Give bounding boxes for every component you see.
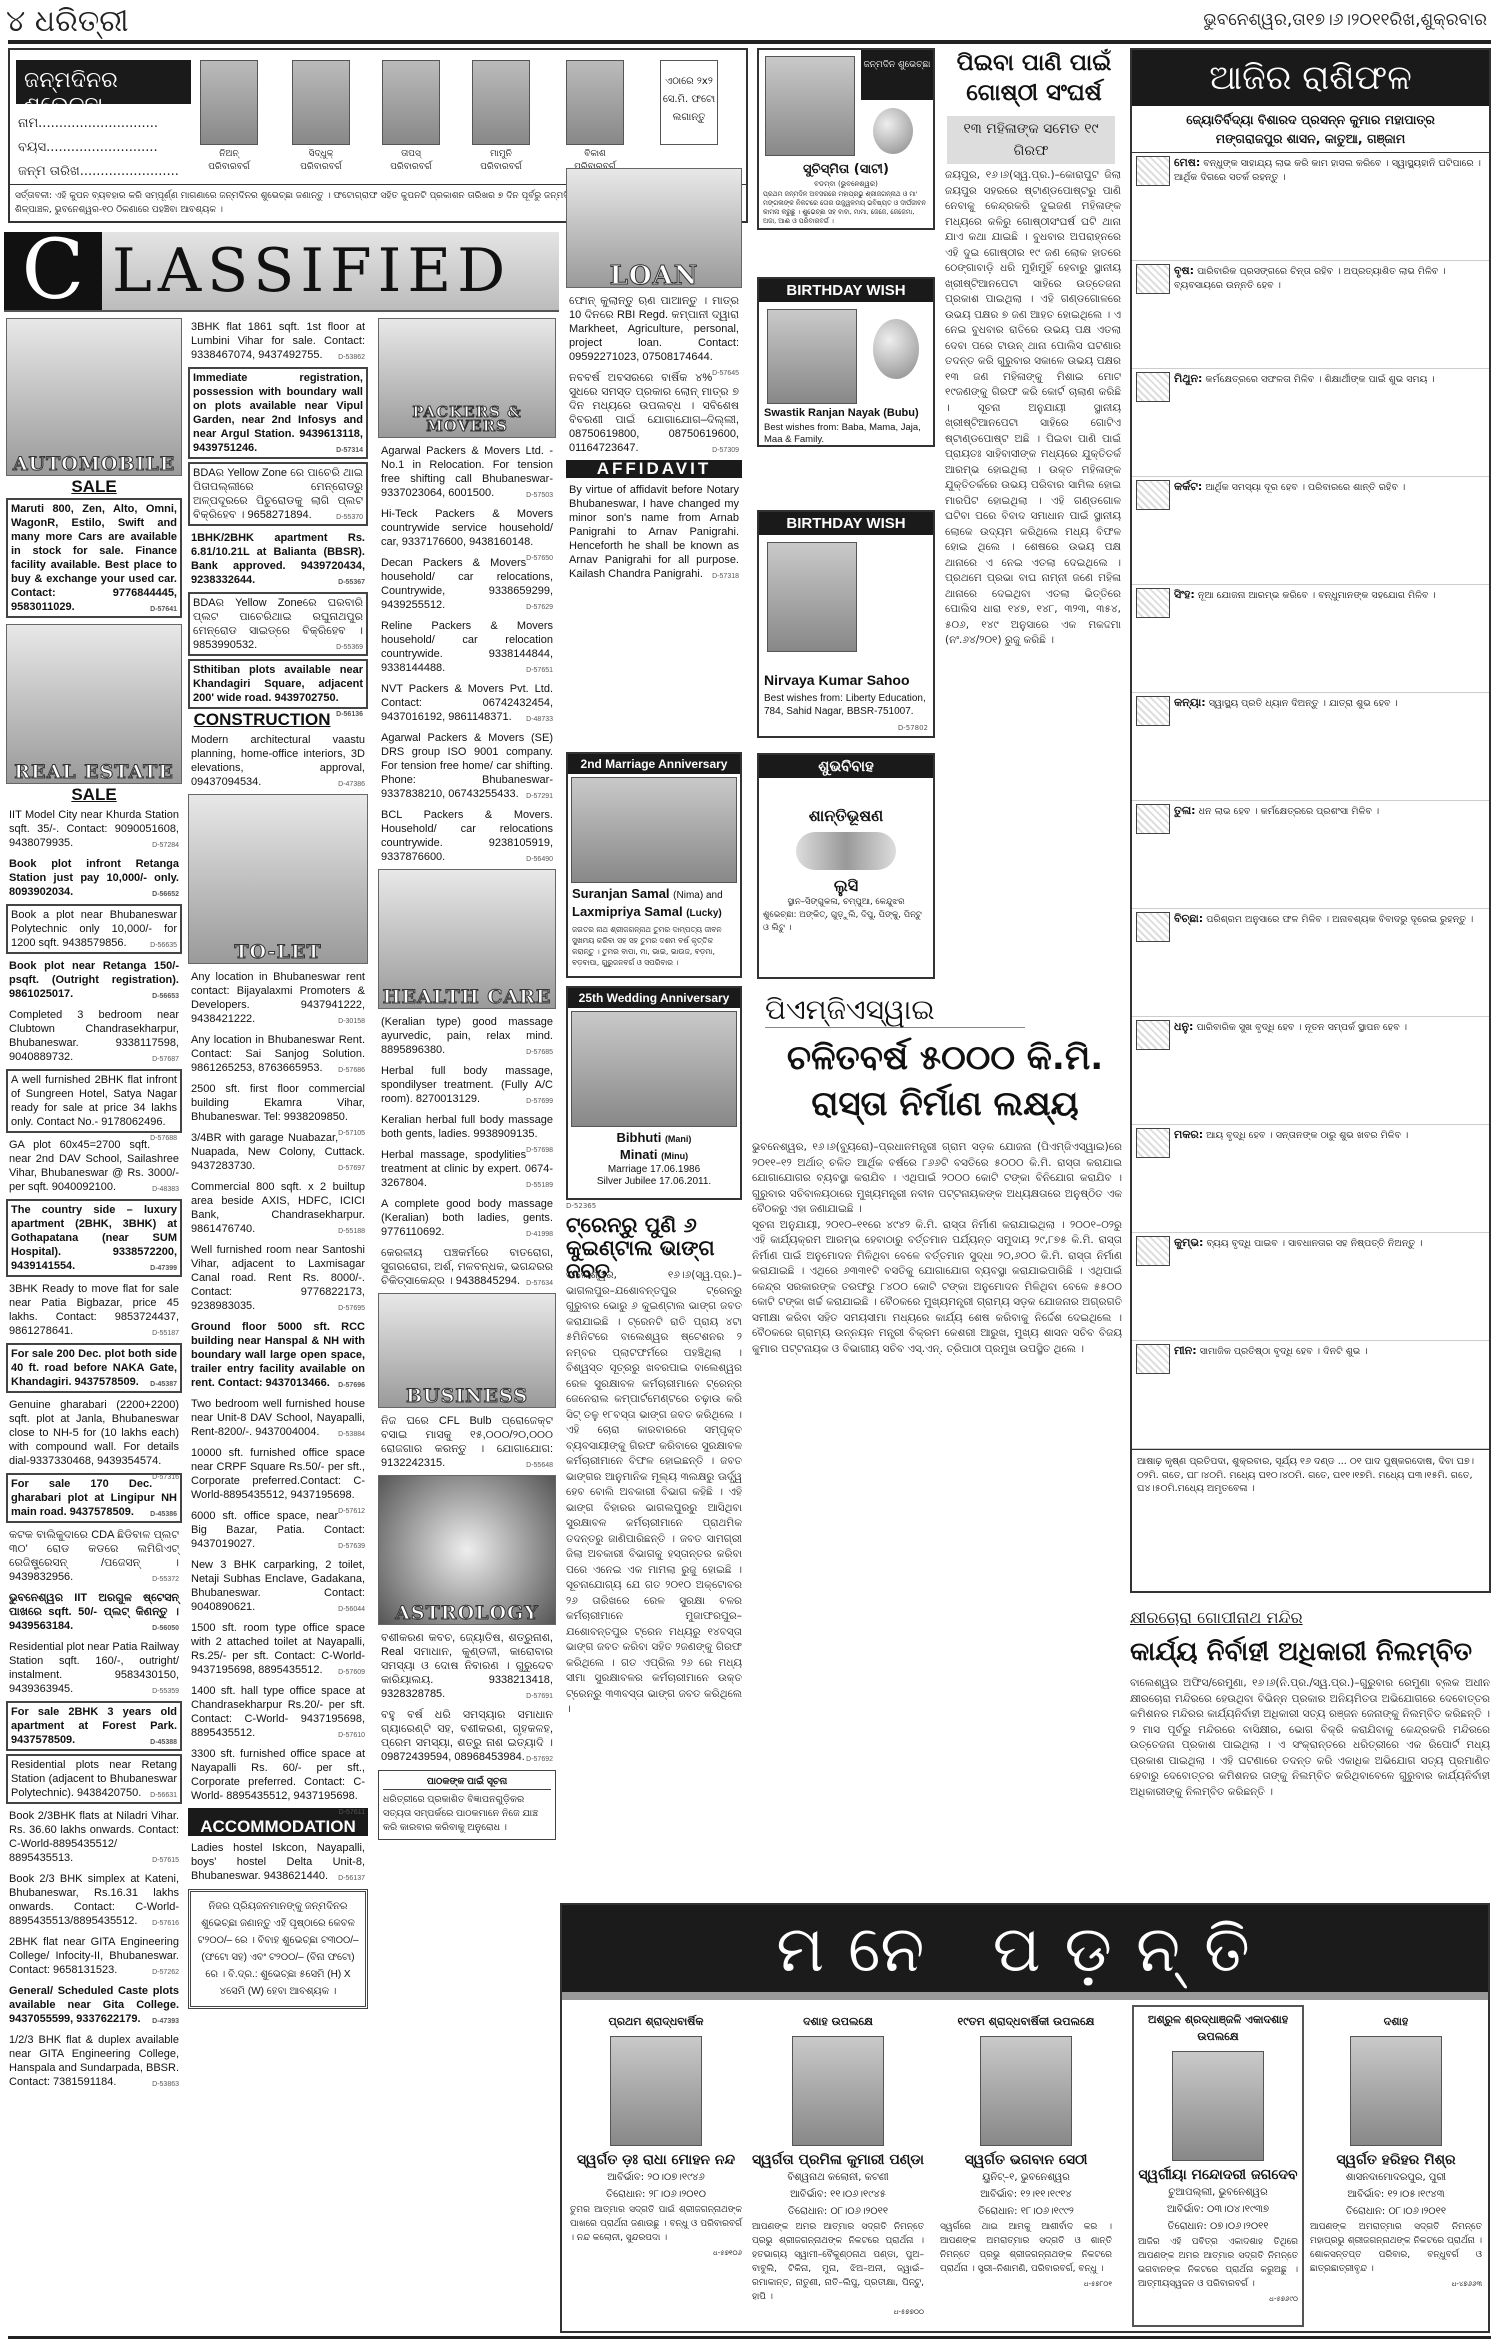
photo-caption: ମାମୁନିପରିବାରବର୍ଗ [466,148,536,174]
obituary-card: ଅଶ୍ରୁଳ ଶ୍ରଦ୍ଧାଞ୍ଜଳି ଏକାଦଶାହ ଉପଲକ୍ଷେସ୍ୱର୍… [1132,2005,1304,2327]
ad-code: D-55188 [338,1225,365,1239]
ad-code: D-57687 [152,1053,179,1067]
ad-code: D-57639 [338,1540,365,1554]
portrait-photo [1350,2036,1442,2146]
classified-ad: ଫୋନ୍ କୁଲାନ୍ତୁ ଋଣ ପାଆନ୍ତୁ । ମାତ୍ର 10 ଦିନର… [566,292,742,366]
balloon-icon [873,319,919,379]
box-header: 25th Wedding Anniversary [568,988,740,1008]
obituary-banner: ମନେ ପଡ଼ନ୍ତି [562,1905,1488,2000]
news-headline: ପିଇବା ପାଣି ପାଇଁ ଗୋଷ୍ଠୀ ସଂଘର୍ଷ [945,48,1123,108]
ad-code: D-56136 [336,708,363,722]
ad-code: D-57629 [526,601,553,615]
portrait-photo [980,2036,1072,2146]
classified-ad: General/ Scheduled Caste plots available… [6,1982,182,2028]
zodiac-icon [1136,588,1170,618]
zodiac-icon [1136,1128,1170,1158]
coupon-title: ଜନ୍ମଦିନର ଶୁଭେଚ୍ଛା [16,60,191,104]
box-header: 2nd Marriage Anniversary [568,754,740,774]
promo-box: ନିଜର ପ୍ରିୟଜନମାନଙ୍କୁ ଜନ୍ମଦିନର ଶୁଭେଚ୍ଛା ଜଣ… [188,1889,368,2009]
classified-ad: 3BHK flat 1861 sqft. 1st floor at Lumbin… [188,318,368,364]
real-estate-image: REAL ESTATE [6,624,182,784]
anniversary-2nd-box: 2nd Marriage Anniversary Suranjan Samal … [566,752,742,978]
ad-code: D-56044 [338,1603,365,1617]
ad-code: D-57696 [338,1379,365,1393]
ad-code: D-57695 [338,1302,365,1316]
child-photo [765,56,855,156]
zodiac-icon [1136,696,1170,726]
name-field[interactable]: ନାମ............................. [18,116,158,131]
zodiac-icon [1136,912,1170,942]
ad-code: D-48733 [526,713,553,727]
classified-ad: Genuine gharabari (2200+2200) sqft. plot… [6,1396,182,1470]
classified-ad: Keralian herbal full body massage both g… [378,1111,556,1143]
classified-ad: ବହୁ ବର୍ଷ ଧରି ସମସ୍ୟାର ସମାଧାନ ଗ୍ୟାରେଣ୍ଟି ସ… [378,1706,556,1766]
classified-ad: କଟକ ବାଲିକୁଦାରେ CDA ଛିଡିବାଳ ପ୍ଲଟ ୩୦' ରୋଡ … [6,1526,182,1586]
ad-code: D-57105 [338,1127,365,1141]
classified-ad: For sale 2BHK 3 years old apartment at F… [6,1701,182,1751]
classified-ad: BDAର Yellow Zone ରେ ପାଚେରି ଥାଇ ପିତାପଲ୍ଲୀ… [188,462,368,526]
classified-ad: 2500 sft. first floor commercial buildin… [188,1080,368,1126]
birthday-wish-box: BIRTHDAY WISH Swastik Ranjan Nayak (Bubu… [757,277,935,447]
ad-code: D-47399 [150,1262,177,1276]
ad-code: D-53862 [338,351,365,365]
zodiac-sign-entry: କର୍କଟ: ଆର୍ଥିକ ସମସ୍ୟା ଦୂର ହେବ । ପରିବାରରେ … [1132,477,1489,585]
classified-ad: The country side – luxury apartment (2BH… [6,1199,182,1277]
zodiac-sign-entry: ସିଂହ: ନୂଆ ଯୋଜନା ଆରମ୍ଭ କରିବେ । ବନ୍ଧୁମାନଙ୍… [1132,585,1489,693]
ad-code: D-56653 [152,990,179,1004]
ad-code: D-57503 [526,489,553,503]
ad-code: D-57697 [338,1162,365,1176]
ad-code: D-57634 [526,1277,553,1291]
classified-ad: BDAର Yellow Zoneରେ ଘରବାରି ପ୍ଲଟ ପାଚେରିଥାଇ… [188,592,368,656]
ad-code: D-57691 [526,1690,553,1704]
ad-code: D-57685 [526,1046,553,1060]
zodiac-icon [1136,804,1170,834]
classified-column-1: AUTOMOBILE SALE Maruti 800, Zen, Alto, O… [6,318,182,2094]
photo-caption: ନିଅନ୍ପରିବାରବର୍ଗ [194,148,264,174]
news-subhead: ୧୩ ମହିଳାଙ୍କ ସମେତ ୧୯ ଗିରଫ [947,116,1115,164]
health-care-image: HEALTH CARE [378,869,556,1009]
classified-column-2: 3BHK flat 1861 sqft. 1st floor at Lumbin… [188,318,368,2009]
ad-code: D-53863 [152,2078,179,2092]
classified-ad: Reline Packers & Movers household/ car r… [378,617,556,677]
top-rule [8,40,1491,44]
classified-ad: Two bedroom well furnished house near Un… [188,1395,368,1441]
section-heading: SALE [6,480,182,494]
wish-text: ଜଗତର ନାଥ ଶ୍ରୀଜଗନ୍ନାଥ ତୁମର ଦାମ୍ପତ୍ୟ ଜୀବନ … [568,922,740,970]
classified-ad: Book 2/3 BHK simplex at Kateni, Bhubanes… [6,1870,182,1930]
balloon-icon [873,108,913,154]
packers-image: PACKERS & MOVERS [378,318,556,438]
portrait-photo [1172,2051,1264,2161]
zodiac-sign-entry: ମୀନ: ସାମାଜିକ ପ୍ରତିଷ୍ଠା ବୃଦ୍ଧି ହେବ । ଦିନଟ… [1132,1341,1489,1449]
ad-code: D-56652 [152,888,179,902]
classified-ad: ବଶୀକରଣ କବଚ, ଜ୍ୟୋତିଷ, ଶତ୍ରୁନାଶ, Real ସମାଧ… [378,1629,556,1703]
zodiac-sign-entry: ଧନୁ: ପାରିବାରିକ ସୁଖ ବୃଦ୍ଧି ହେବ । ନୂତନ ସମ୍… [1132,1017,1489,1125]
badge: ଜନ୍ମଦିନ ଶୁଭେଚ୍ଛା [861,50,933,100]
birthday-wish-box: ଜନ୍ମଦିନ ଶୁଭେଚ୍ଛା ସୁଚିସ୍ମିତା (ସାଟୀ) ବଡମ୍ବ… [757,48,935,230]
ad-code: D-55189 [526,1179,553,1193]
ad-code: D-57650 [526,552,553,566]
child-photo [292,60,350,145]
panjika: ଆଷାଢ଼ କୃଷ୍ଣ ପ୍ରତିପଦା, ଶୁକ୍ରବାର, ସୂର୍ଯ୍ୟ … [1132,1449,1489,1501]
ad-code: D-45387 [150,1378,177,1392]
box-header: BIRTHDAY WISH [759,279,933,302]
ad-code: D-57309 [712,444,739,458]
classified-ad: Book a plot near Bhubaneswar Polytechnic… [6,904,182,954]
ad-code: D-55367 [338,576,365,590]
page-label: ୪ ଧରିତ୍ରୀ [6,4,129,39]
ad-code: D-57641 [150,603,177,617]
handshake-icon [796,832,896,870]
ad-code: D-57645 [712,367,739,381]
classified-ad: Commercial 800 sqft. x 2 builtup area be… [188,1178,368,1238]
adult-photo [566,60,624,145]
photo-caption: ତାପସ୍ପରିବାରବର୍ଗ [376,148,446,174]
dob-field[interactable]: ଜନ୍ମ ତାରିଖ........................ [18,164,179,179]
child-photo [382,60,440,145]
birthday-wish-box: BIRTHDAY WISH Nirvaya Kumar Sahoo Best w… [757,510,935,738]
news-headline: ଚଳିତବର୍ଷ ୫୦୦୦ କି.ମି. ରାସ୍ତା ନିର୍ମାଣ ଲକ୍ଷ… [770,1035,1120,1127]
classified-ad: IIT Model City near Khurda Station sqft.… [6,806,182,852]
classified-ad: Residential plots near Retang Station (a… [6,1754,182,1804]
notice-title: ପାଠକଙ୍କ ପାଇଁ ସୂଚନା [383,1775,551,1790]
ad-code: D-45386 [150,1508,177,1522]
news-headline: କାର୍ଯ୍ୟ ନିର୍ବାହୀ ଅଧିକାରୀ ନିଲମ୍ବିତ [1130,1638,1490,1667]
couple-photo [571,777,737,883]
ad-code: D-55370 [336,511,363,525]
notice-text: ଧରିତ୍ରୀରେ ପ୍ରକାଶିତ ବିଜ୍ଞାପନଗୁଡ଼ିକର ସତ୍ୟତ… [383,1793,551,1835]
ad-code: D-57699 [526,1095,553,1109]
box-header: BIRTHDAY WISH [759,512,933,535]
news-body: ବାଲେଶ୍ୱର ଅଫିସ/ରେମୁଣା, ୧୬।୬(ନି.ପ୍ର./ସ୍ୱ.ପ… [1130,1676,1490,1881]
age-field[interactable]: ବୟସ........................... [18,140,158,155]
child-photo [767,309,857,404]
classified-ad: By virtue of affidavit before Notary Bhu… [566,481,742,583]
astrology-image: ASTROLOGY [378,1475,556,1625]
ad-code: D-57610 [338,1729,365,1743]
classified-ad: NVT Packers & Movers Pvt. Ltd. Contact: … [378,680,556,726]
obituary-card: ପ୍ରଥମ ଶ୍ରାଦ୍ଧବାର୍ଷିକସ୍ୱର୍ଗତ ଡ଼ଃ ରାଧା ମୋହ… [570,2013,742,2262]
portrait-photo [610,2036,702,2146]
ad-code: D-56490 [526,853,553,867]
zodiac-icon [1136,156,1170,186]
classified-ad: 3BHK Ready to move flat for sale near Pa… [6,1280,182,1340]
classified-ad: କେରଳୀୟ ପଞ୍ଚକର୍ମରେ ବାତରୋଗ, ସୁଗରରୋଗ, ଅର୍ଶ,… [378,1244,556,1290]
ad-code: D-55359 [152,1685,179,1699]
classified-ad: (Keralian type) good massage ayurvedic, … [378,1013,556,1059]
classified-ad: Completed 3 bedroom near Clubtown Chandr… [6,1006,182,1066]
ad-code: D-57698 [526,1144,553,1158]
ad-code: D-52365 [566,1202,596,1210]
classified-ad: 1/2/3 BHK flat & duplex available near G… [6,2031,182,2091]
zodiac-sign-entry: ମକର: ଆୟ ବୃଦ୍ଧି ହେବ । ସନ୍ତାନଙ୍କ ଠାରୁ ଶୁଭ … [1132,1125,1489,1233]
wish-name: ସୁଚିସ୍ମିତା (ସାଟୀ) [759,162,933,177]
classified-ad: 10000 sft. furnished office space near C… [188,1444,368,1504]
astrologer-name: ଜ୍ୟୋତିର୍ବିଦ୍ୟା ବିଶାରଦ ପ୍ରସନ୍ନ କୁମାର ମହାପ… [1136,110,1485,129]
obituary-card: ୧୯ତମ ଶ୍ରାଦ୍ଧବାର୍ଷିକୀ ଉପଲକ୍ଷେସ୍ୱର୍ଗତ ଭଗବା… [940,2013,1112,2293]
classified-ad: Any location in Bhubaneswar Rent. Contac… [188,1031,368,1077]
classified-ad: Book plot near Retanga 150/- psqft. (Out… [6,957,182,1003]
zodiac-icon [1136,1020,1170,1050]
classified-ad: Immediate registration, possession with … [188,367,368,459]
classified-ad: Agarwal Packers & Movers (SE) DRS group … [378,729,556,803]
ad-code: D-55372 [152,1573,179,1587]
wedding-box: ଶୁଭବିବାହ ଶାନ୍ତିଭୂଷଣ ଲୁସି ସ୍ଥାନ–ସିଙ୍ଗୁକଳା… [757,753,935,979]
zodiac-sign-entry: ମେଷ: ବନ୍ଧୁଙ୍କ ସାହାଯ୍ୟ ଲାଭ କରି କାମ ହାସଲ କ… [1132,153,1489,261]
ad-code: D-57318 [712,570,739,584]
classified-ad: Book 2/3BHK flats at Niladri Vihar. Rs. … [6,1807,182,1867]
ad-code: D-57314 [336,444,363,458]
astrologer-address: ମଙ୍ଗରାଜପୁର ଶାସନ, କାତୁଆ, ଗଞ୍ଜାମ [1136,129,1485,148]
ad-code: D-55369 [336,641,363,655]
ad-code: D-56631 [150,1789,177,1803]
news-kicker: ପିଏମ୍‌ଜିଏସ୍‌ୱାଇ [765,993,1025,1028]
child-photo [472,60,530,145]
person-photo [767,542,857,652]
classified-ad: Book plot infront Retanga Station just p… [6,855,182,901]
ad-code: D-47393 [152,2015,179,2029]
ad-code: D-57686 [338,1064,365,1078]
zodiac-icon [1136,1344,1170,1374]
classified-banner: C LASSIFIED [4,232,559,312]
classified-ad: ଭୁବନେଶ୍ୱର IIT ଅରଗୁଳ ଷ୍ଟେସନ୍ ପାଖରେ sqft. … [6,1589,182,1635]
classified-ad: BCL Packers & Movers. Household/ car rel… [378,806,556,866]
zodiac-sign-entry: ମିଥୁନ: କର୍ମକ୍ଷେତ୍ରରେ ସଫଳତା ମିଳିବ । ଶିକ୍ଷ… [1132,369,1489,477]
box-header: ଶୁଭବିବାହ [759,755,933,778]
classified-ad: Herbal full body massage, spondilyser tr… [378,1062,556,1108]
zodiac-sign-entry: କନ୍ୟା: ସ୍ୱାସ୍ଥ୍ୟ ପ୍ରତି ଧ୍ୟାନ ଦିଅନ୍ତୁ । ଯ… [1132,693,1489,801]
classified-ad: 1500 sft. room type office space with 2 … [188,1619,368,1679]
zodiac-icon [1136,372,1170,402]
classified-ad: 3300 sft. furnished office space at Naya… [188,1745,368,1805]
classified-ad: 1400 sft. hall type office space at Chan… [188,1682,368,1742]
section-heading: SALE [6,788,182,802]
classified-ad: Agarwal Packers & Movers Ltd. - No.1 in … [378,442,556,502]
photo-caption: ସିଦ୍ଧୁକ୍ପରିବାରବର୍ଗ [286,148,356,174]
ad-code: D-56635 [150,939,177,953]
ad-code: D-57262 [152,1966,179,1980]
ad-code: D-57688 [150,1132,177,1146]
classified-ad: ନବବର୍ଷ ଅବସରରେ ବାର୍ଷିକ ୪% ସୁଧରେ ସମସ୍ତ ପ୍ର… [566,369,742,457]
ad-code: D-56137 [338,1872,365,1886]
loan-image: LOAN [566,168,742,288]
classified-ad: ନିଜ ଘରେ CFL Bulb ପ୍ରୋଜେକ୍ଟ ବସାଇ ମାସକୁ ୧୫… [378,1412,556,1472]
zodiac-sign-entry: ବିଚ୍ଛା: ପରିଶ୍ରମ ଅନୁସାରେ ଫଳ ମିଳିବ । ଅନାବଶ… [1132,909,1489,1017]
business-image: BUSINESS [378,1293,556,1408]
ad-code: D-57291 [526,790,553,804]
classified-ad: Hi-Teck Packers & Movers countrywide ser… [378,505,556,551]
ad-code: D-57609 [338,1666,365,1680]
ad-code: D-55648 [526,1459,553,1473]
ad-code: D-47386 [338,778,365,792]
classified-ad: Modern architectural vaastu planning, ho… [188,731,368,791]
classified-ad: 1BHK/2BHK apartment Rs. 6.81/10.21L at B… [188,529,368,589]
classified-column-4: LOAN ଫୋନ୍ କୁଲାନ୍ତୁ ଋଣ ପାଆନ୍ତୁ । ମାତ୍ର 10… [566,168,742,586]
obituary-card: ଦଶାହସ୍ୱର୍ଗତ ହରିହର ମିଶ୍ରଶାସନଦାମୋଦରପୁର, ପୁ… [1310,2013,1482,2293]
classified-ad: Residential plot near Patia Railway Stat… [6,1638,182,1698]
ad-code: D-41998 [526,1228,553,1242]
dateline: ଭୁବନେଶ୍ୱର,ତା୧୭।୬।୨୦୧୧ରିଖ,ଶୁକ୍ରବାର [1203,10,1487,30]
zodiac-sign-entry: ତୁଳା: ଧନ ଲାଭ ହେବ । କର୍ମକ୍ଷେତ୍ରରେ ପ୍ରଶଂସା… [1132,801,1489,909]
classified-ad: 2BHK flat near GITA Engineering College/… [6,1933,182,1979]
photo-slot: ଏଠାରେ ୨x୨ ସେ.ମି. ଫଟୋ ଲଗାନ୍ତୁ [660,60,718,145]
ad-code: D-57692 [526,1753,553,1767]
child-photo [200,60,258,145]
classified-column-3: PACKERS & MOVERS Agarwal Packers & Mover… [378,318,556,1840]
horoscope-title: ଆଜିର ରାଶିଫଳ [1132,50,1489,106]
zodiac-sign-entry: କୁମ୍ଭ: ବ୍ୟୟ ବୃଦ୍ଧି ପାଇବ । ସାବଧାନତାର ସହ ନ… [1132,1233,1489,1341]
portrait-photo [792,2036,884,2146]
ad-code: D-57284 [152,839,179,853]
ad-code: D-45388 [150,1736,177,1750]
zodiac-icon [1136,1236,1170,1266]
classified-ad: A complete good body massage (Keralian) … [378,1195,556,1241]
zodiac-icon [1136,264,1170,294]
anniversary-25th-box: 25th Wedding Anniversary Bibhuti (Mani)M… [566,986,742,1200]
banner-initial: C [4,232,102,310]
zodiac-icon [1136,480,1170,510]
classified-ad: A well furnished 2BHK flat infront of Su… [6,1069,182,1133]
classified-ad: For sale 200 Dec. plot both side 40 ft. … [6,1343,182,1393]
ad-code: D-56050 [152,1622,179,1636]
ad-code: D-53884 [338,1428,365,1442]
classified-ad: Any location in Bhubaneswar rent contact… [188,968,368,1028]
ad-code: D-57616 [152,1917,179,1931]
news-kicker: କ୍ଷୀରଚୋରା ଗୋପୀନାଥ ମନ୍ଦିର [1130,1608,1303,1628]
classified-ad: Maruti 800, Zen, Alto, Omni, WagonR, Est… [6,498,182,618]
to-let-image: TO-LET [188,794,368,964]
automobile-image: AUTOMOBILE [6,318,182,476]
classified-ad: Ladies hostel Iskcon, Nayapalli, boys' h… [188,1839,368,1885]
news-body: ବାଲେଶ୍ୱର, ୧୬।୬(ସ୍ୱ.ପ୍ର.)– ଭାଗଲପୁର–ଯଶୋବନ୍… [566,1268,742,1868]
classified-ad: Ground floor 5000 sft. RCC building near… [188,1318,368,1392]
zodiac-sign-entry: ବୃଷ: ପାରିବାରିକ ପ୍ରସଙ୍ଗରେ ଚିନ୍ତା ରହିବ । ଅ… [1132,261,1489,369]
ad-code: D-57651 [526,664,553,678]
ad-code: D-48383 [152,1183,179,1197]
ad-code: D-57615 [152,1854,179,1868]
banner-text: LASSIFIED [112,236,511,306]
ad-code: D-57316 [152,1471,179,1485]
classified-ad: Well furnished room near Santoshi Vihar,… [188,1241,368,1315]
ad-code: D-30158 [338,1015,365,1029]
classified-ad: Sthitiban plots available near Khandagir… [188,659,368,709]
obituary-card: ଦଶାହ ଉପଲକ୍ଷେସ୍ୱର୍ଗତା ପ୍ରମିଳା କୁମାରୀ ପଣ୍ଡ… [752,2013,924,2321]
news-body: ଜୟପୁର, ୧୬।୬(ସ୍ୱ.ପ୍ର.)–କୋରାପୁଟ ଜିଲା ଜୟପୁର… [945,168,1121,978]
section-heading: AFFIDAVIT [566,460,742,478]
horoscope-panel: ଆଜିର ରାଶିଫଳ ଜ୍ୟୋତିର୍ବିଦ୍ୟା ବିଶାରଦ ପ୍ରସନ୍… [1130,48,1491,1593]
ad-code: D-55187 [152,1327,179,1341]
news-body: ଭୁବନେଶ୍ୱର, ୧୬।୬(ବ୍ୟୁରୋ)–ପ୍ରଧାନମନ୍ତ୍ରୀ ଗ୍… [752,1140,1122,1890]
obituary-section: ମନେ ପଡ଼ନ୍ତି ପ୍ରଥମ ଶ୍ରାଦ୍ଧବାର୍ଷିକସ୍ୱର୍ଗତ … [560,1903,1490,2333]
ad-code: D-57612 [338,1505,365,1519]
classified-ad: New 3 BHK carparking, 2 toilet, Netaji S… [188,1556,368,1616]
couple-photo [571,1011,737,1127]
